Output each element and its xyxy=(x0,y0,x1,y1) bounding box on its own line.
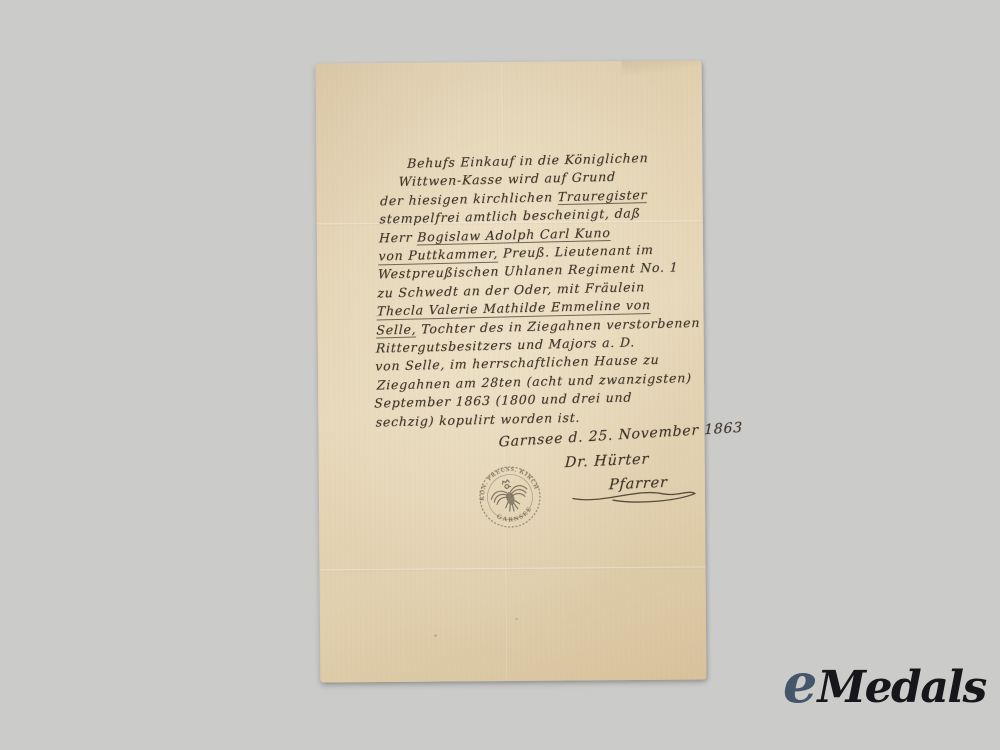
signature-flourish xyxy=(571,485,697,506)
emedals-logo-e: e xyxy=(783,651,816,715)
handwriting-line-9: Thecla Valerie Mathilde Emmeline von xyxy=(377,295,683,321)
document-paper: Behufs Einkauf in die KöniglichenWittwen… xyxy=(316,60,707,682)
signature-name: Dr. Hürter xyxy=(564,451,649,471)
prussian-eagle-icon xyxy=(487,475,531,516)
paper-speck xyxy=(434,635,437,637)
handwriting-line-11: Rittergutsbesitzers und Majors a. D. xyxy=(376,332,682,358)
emedals-watermark: eMedals xyxy=(783,656,986,710)
paper-speck xyxy=(515,618,518,620)
underlined-text: Selle, xyxy=(376,321,417,338)
signature-title: Pfarrer xyxy=(609,475,668,494)
handwriting-line-12: von Selle, im herrschaftlichen Hause zu xyxy=(375,351,681,377)
handwriting-line-10: Selle, Tochter des in Ziegahnen verstorb… xyxy=(376,314,682,340)
underlined-text: Thecla Valerie Mathilde Emmeline von xyxy=(377,297,651,320)
handwriting-block: Behufs Einkauf in die KöniglichenWittwen… xyxy=(373,148,687,432)
handwriting-line-13: Ziegahnen am 28ten (acht und zwanzigsten… xyxy=(376,369,680,395)
horizontal-fold-crease xyxy=(320,566,706,571)
vertical-fold-crease xyxy=(502,62,509,681)
handwriting-line-7: Westpreußischen Uhlanen Regiment No. 1 xyxy=(378,259,684,285)
underlined-text: Trauregister xyxy=(557,187,647,206)
underlined-text: von Puttkammer, xyxy=(378,246,498,265)
stamp-ring-top-text: KÖN. PREUSS. KIRCHEN-SIEGEL xyxy=(469,456,539,510)
handwriting-line-3: der hiesigen kirchlichen Trauregister xyxy=(380,185,686,211)
photo-canvas: Behufs Einkauf in die KöniglichenWittwen… xyxy=(0,0,1000,750)
handwriting-line-15: sechzig) kopulirt worden ist. xyxy=(375,406,679,432)
corner-fold-shadow xyxy=(622,60,702,75)
handwriting-line-8: zu Schwedt an der Oder, mit Fräulein xyxy=(377,277,683,303)
church-seal-stamp: KÖN. PREUSS. KIRCHEN-SIEGEL GARNSEE xyxy=(469,456,552,539)
handwriting-line-1: Behufs Einkauf in die Königlichen xyxy=(407,148,687,173)
stamp-ring-bottom-text: GARNSEE xyxy=(494,503,537,528)
handwriting-line-14: September 1863 (1800 und drei und xyxy=(374,388,680,414)
handwriting-line-4: stempelfrei amtlich bescheinigt, daß xyxy=(379,203,685,229)
paper-speck xyxy=(376,315,379,317)
handwriting-line-5: Herr Bogislaw Adolph Carl Kuno xyxy=(379,222,685,248)
dateline: Garnsee d. 25. November 1863 xyxy=(499,420,743,451)
underlined-text: Bogislaw Adolph Carl Kuno xyxy=(417,225,611,246)
handwriting-line-2: Wittwen-Kasse wird auf Grund xyxy=(398,167,686,192)
handwriting-line-6: von Puttkammer, Preuß. Lieutenant im xyxy=(378,240,684,266)
horizontal-fold-crease xyxy=(317,220,703,225)
emedals-logo-text: Medals xyxy=(817,662,985,713)
